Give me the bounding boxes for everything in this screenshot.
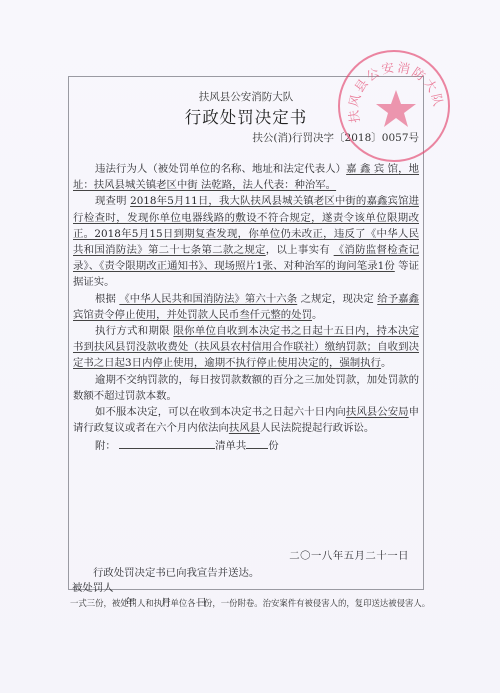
footnote: 一式三份，被处罚人和执行单位各一份，一份附卷。治安案件有被侵害人的，复印送达被侵…	[70, 597, 430, 609]
offender-label: 违法行为人（被处罚单位的名称、地址和法定代表人）	[95, 163, 346, 175]
basis-suffix: 之规定，现决定	[301, 293, 374, 305]
document-number: 扶公(消)行罚决字〔2018〕0057号	[252, 130, 419, 145]
paragraph-basis: 根据 《中华人民共和国消防法》第六十六条 之规定，现决定 给予嘉鑫宾馆责令停止使…	[73, 291, 419, 323]
facts-suffix: ，以上事实有	[266, 244, 330, 256]
paragraph-offender: 违法行为人（被处罚单位的名称、地址和法定代表人）嘉 鑫 宾 馆，地址：扶风县城关…	[73, 161, 419, 193]
paragraph-attachment: 附： 清单共份	[73, 438, 419, 454]
penalized-party-label: 被处罚人	[72, 579, 114, 594]
attachment-unit: 份	[268, 440, 278, 452]
document-page: 扶风县公安消防大队 行政处罚决定书 扶公(消)行罚决字〔2018〕0057号 违…	[0, 0, 500, 693]
document-body: 违法行为人（被处罚单位的名称、地址和法定代表人）嘉 鑫 宾 馆，地址：扶风县城关…	[73, 161, 419, 455]
decision-date: 二〇一八年五月二十一日	[289, 547, 409, 562]
issuing-organization: 扶风县公安消防大队	[69, 89, 423, 104]
appeal-suffix: 人民法院提起行政诉讼。	[260, 422, 374, 434]
delivery-statement: 行政处罚决定书已向我宣告并送达。	[93, 564, 259, 579]
document-title: 行政处罚决定书	[69, 104, 423, 128]
paragraph-late-fee: 逾期不交纳罚款的，每日按罚款数额的百分之三加处罚款，加处罚款的数额不超过罚款本数…	[73, 372, 419, 404]
execution-suffix: 。	[381, 357, 391, 369]
basis-law: 《中华人民共和国消防法》第六十六条	[119, 293, 297, 305]
attachment-list-label: 清单共	[215, 440, 246, 452]
attachment-count-blank	[246, 438, 268, 449]
paragraph-execution: 执行方式和期限 限你单位自收到本决定书之日起十五日内，持本决定书到扶风县罚没款收…	[73, 323, 419, 372]
facts-label: 现查明	[95, 195, 127, 207]
execution-label: 执行方式和期限	[95, 325, 170, 337]
paragraph-facts: 现查明 2018年5月11日，我大队扶风县城关镇老区中街的嘉鑫宾馆进行检查时，发…	[73, 193, 419, 290]
attachment-label: 附：	[95, 440, 116, 452]
decision-suffix: 。	[312, 309, 322, 321]
appeal-court: 扶风县	[229, 422, 260, 434]
offender-name: 嘉 鑫 宾 馆	[346, 163, 398, 175]
appeal-prefix: 如不服本决定，可以在收到本决定书之日起六十日内向	[95, 406, 346, 418]
document-frame: 扶风县公安消防大队 行政处罚决定书 扶公(消)行罚决字〔2018〕0057号 违…	[68, 76, 424, 590]
attachment-blank	[119, 438, 215, 449]
paragraph-appeal: 如不服本决定，可以在收到本决定书之日起六十日内向扶风县公安局申请行政复议或者在六…	[73, 404, 419, 436]
basis-label: 根据	[95, 293, 116, 305]
appeal-agency: 扶风县公安局	[346, 406, 409, 418]
